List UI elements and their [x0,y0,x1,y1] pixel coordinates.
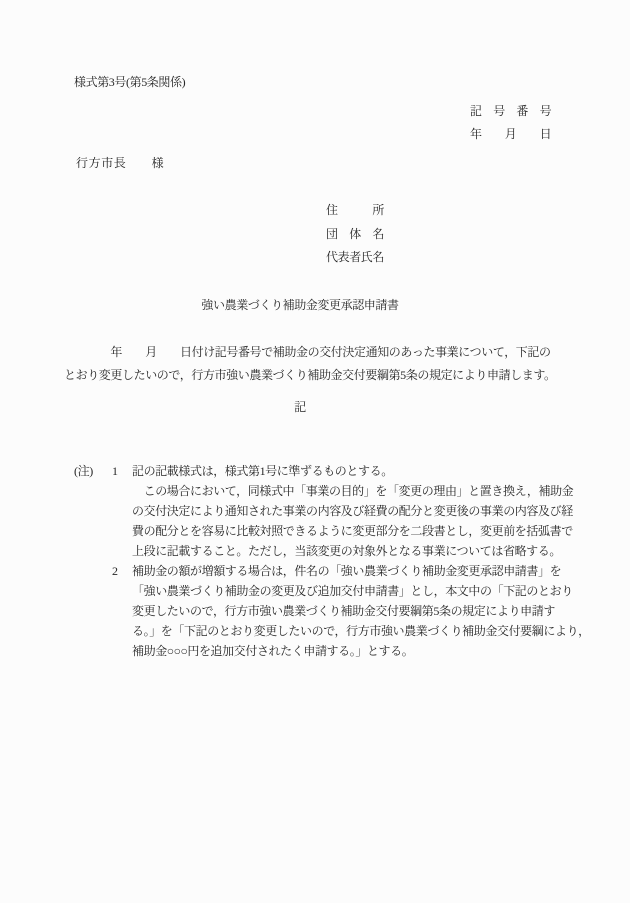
body-paragraph: 年 月 日付け記号番号で補助金の交付決定通知のあった事業について，下記の とおり… [64,341,556,387]
document-page: 様式第3号(第5条関係) 記 号 番 号 年 月 日 行方市長 様 住 所 団 … [0,0,630,903]
addressee: 行方市長 様 [76,157,164,169]
note-line: 費の配分とを容易に比較対照できるように変更部分を二段書とし，変更前を括弧書で [132,521,573,541]
notes-section: (注) 1 記の記載様式は，様式第1号に準ずるものとする。 この場合において，同… [74,461,590,661]
document-title: 強い農業づくり補助金変更承認申請書 [0,299,600,311]
note-line: 記の記載様式は，様式第1号に準ずるものとする。 [132,461,573,481]
note-line: 「強い農業づくり補助金の変更及び追加交付申請書」とし，本文中の「下記のとおり [132,581,590,601]
notes-items: 1 記の記載様式は，様式第1号に準ずるものとする。 この場合において，同様式中「… [112,461,590,661]
note-line: この場合において，同様式中「事業の目的」を「変更の理由」と置き換え，補助金 [132,481,573,501]
note-line: 上段に記載すること。ただし，当該変更の対象外となる事業については省略する。 [132,541,573,561]
note-line: の交付決定により通知された事業の内容及び経費の配分と変更後の事業の内容及び経 [132,501,573,521]
sender-address-label: 住 所 [326,199,384,223]
note-item-2: 2 補助金の額が増額する場合は，件名の「強い農業づくり補助金変更承認申請書」を … [112,561,590,661]
note-line: 補助金○○○円を追加交付されたく申請する。」とする。 [132,641,590,661]
sender-organization-label: 団 体 名 [326,223,384,247]
body-line: とおり変更したいので，行方市強い農業づくり補助金交付要綱第5条の規定により申請し… [64,364,556,387]
notes-label: (注) [74,461,112,481]
body-line: 年 月 日付け記号番号で補助金の交付決定通知のあった事業について，下記の [64,341,556,364]
note-item-1: 1 記の記載様式は，様式第1号に準ずるものとする。 この場合において，同様式中「… [112,461,590,561]
note-line: る。」を「下記のとおり変更したいので，行方市強い農業づくり補助金交付要綱により， [132,621,590,641]
note-line: 変更したいので，行方市強い農業づくり補助金交付要綱第5条の規定により申請す [132,601,590,621]
note-line: 補助金の額が増額する場合は，件名の「強い農業づくり補助金変更承認申請書」を [132,561,590,581]
reference-block: 記 号 番 号 年 月 日 [470,100,551,146]
record-heading: 記 [0,401,600,413]
form-number: 様式第3号(第5条関係) [74,76,185,88]
note-number: 1 [112,461,132,481]
sender-representative-label: 代表者氏名 [326,246,384,270]
reference-number-label: 記 号 番 号 [470,100,551,123]
note-text: 記の記載様式は，様式第1号に準ずるものとする。 この場合において，同様式中「事業… [132,461,573,561]
note-text: 補助金の額が増額する場合は，件名の「強い農業づくり補助金変更承認申請書」を 「強… [132,561,590,661]
note-number: 2 [112,561,132,581]
date-label: 年 月 日 [470,123,551,146]
sender-block: 住 所 団 体 名 代表者氏名 [326,199,384,270]
